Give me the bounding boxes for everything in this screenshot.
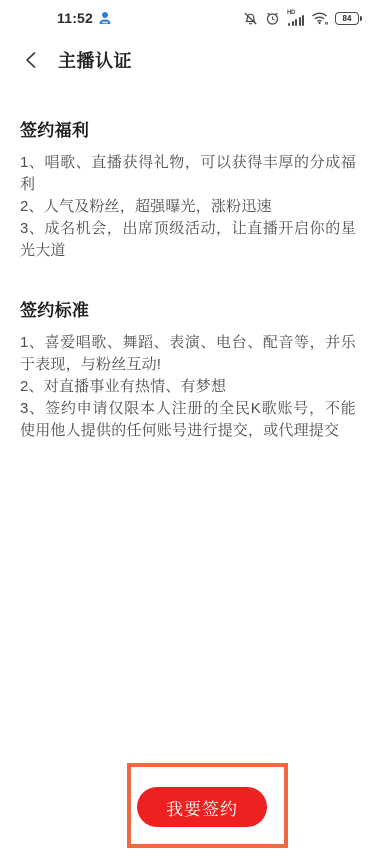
section-standards: 签约标准 1、喜爱唱歌、舞蹈、表演、电台、配音等，并乐于表现，与粉丝互动! 2、… [20,296,356,442]
status-bar: 11:52 HD [0,0,376,36]
section-heading: 签约标准 [20,296,356,321]
benefit-item: 2、人气及粉丝，超强曝光，涨粉迅速 [20,196,356,218]
benefit-item: 3、成名机会，出席顶级活动，让直播开启你的星光大道 [20,218,356,262]
clock-time: 11:52 [57,10,93,26]
page-title: 主播认证 [58,47,132,73]
signal-bars-icon [288,15,304,26]
battery-level: 84 [343,14,352,23]
benefit-item: 1、唱歌、直播获得礼物，可以获得丰厚的分成福利 [20,152,356,196]
wifi-icon [311,11,328,25]
back-button[interactable] [18,47,44,73]
hd-signal-icon: HD [287,11,304,26]
notification-app-icon [98,11,112,26]
section-heading: 签约福利 [20,116,356,141]
alarm-clock-icon [265,11,280,26]
standard-item: 1、喜爱唱歌、舞蹈、表演、电台、配音等，并乐于表现，与粉丝互动! [20,332,356,376]
header: 主播认证 [0,36,376,84]
standard-item: 3、签约申请仅限本人注册的全民K歌账号，不能使用他人提供的任何账号进行提交，或代… [20,398,356,442]
content-area: 签约福利 1、唱歌、直播获得礼物，可以获得丰厚的分成福利 2、人气及粉丝，超强曝… [0,84,376,442]
section-benefits: 签约福利 1、唱歌、直播获得礼物，可以获得丰厚的分成福利 2、人气及粉丝，超强曝… [20,116,356,262]
sign-up-button[interactable]: 我要签约 [137,787,267,827]
chevron-left-icon [22,50,40,70]
standard-item: 2、对直播事业有热情、有梦想 [20,376,356,398]
battery-icon: 84 [335,12,362,25]
mute-bell-icon [243,11,258,26]
